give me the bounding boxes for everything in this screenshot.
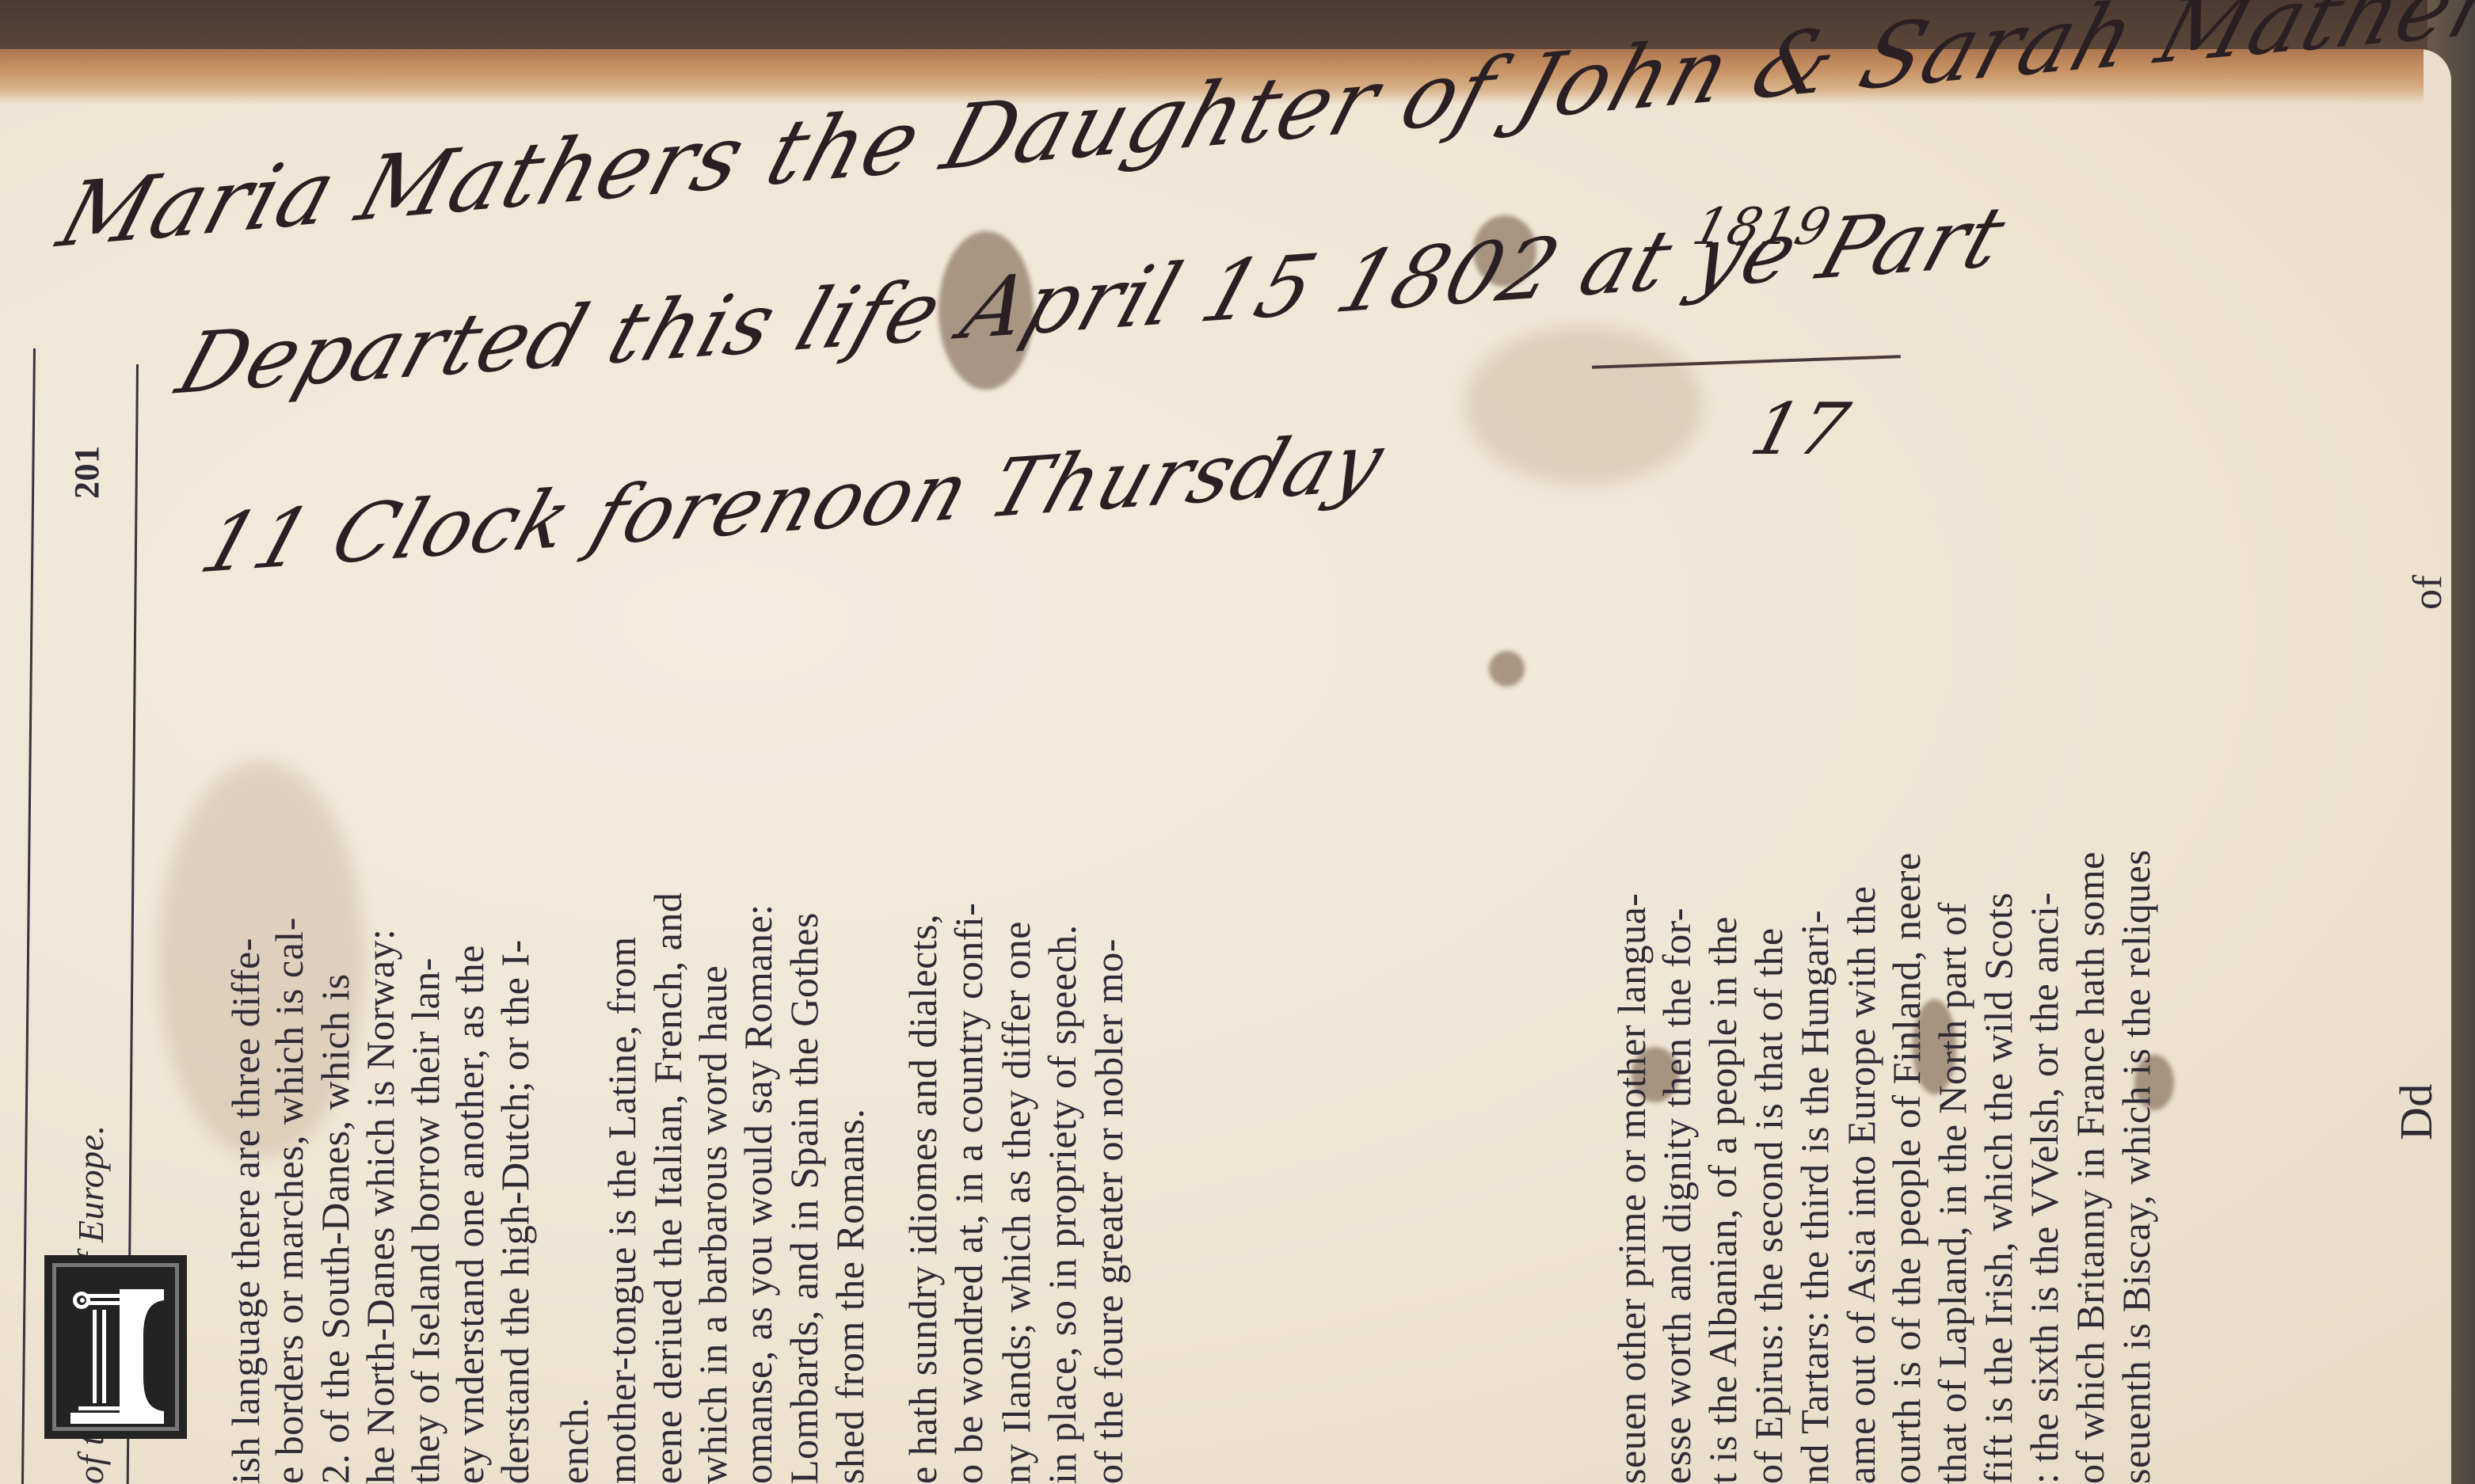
printed-line: esse worth and dignity then the for-	[1657, 908, 1696, 1484]
ink-stain	[1489, 651, 1525, 687]
printed-line: ny Ilands; which as they differ one	[996, 921, 1036, 1484]
logo-frame	[52, 1263, 179, 1431]
printed-line: ish language there are three diffe-	[226, 938, 265, 1484]
printed-line: that of Lapland, in the North part of	[1932, 902, 1972, 1484]
printed-line: of Epirus: the second is that of the	[1749, 927, 1788, 1484]
printed-line: he North-Danes which is Norway:	[360, 929, 400, 1484]
printed-line: ame out of Asia into Europe with the	[1841, 886, 1881, 1484]
printed-line: t is the Albanian, of a people in the	[1703, 916, 1742, 1484]
printed-line: of the foure greater or nobler mo-	[1089, 938, 1129, 1484]
printed-line: seuen other prime or mother langua-	[1612, 893, 1651, 1484]
printed-line: : the sixth is the VVelsh, or the anci-	[2024, 892, 2064, 1484]
signature-mark: Dd	[2393, 1083, 2439, 1140]
printed-line: ey vnderstand one another, as the	[450, 945, 489, 1484]
printed-line: e hath sundry idiomes and dialects,	[903, 914, 942, 1484]
printed-line: omanse, as you would say Romane:	[738, 904, 778, 1484]
printed-line: ourth is of the people of Finland, neere	[1887, 852, 1926, 1484]
page-number: 201	[70, 446, 105, 500]
institution-logo	[44, 1255, 187, 1439]
foxing-stain	[1465, 326, 1703, 485]
printed-line: ench.	[554, 1398, 594, 1484]
printed-line: shed from the Romans.	[830, 1109, 870, 1484]
printed-line: e borders or marches, which is cal-	[269, 917, 309, 1484]
printed-line: eene deriued the Italian, French, and	[648, 892, 687, 1484]
printed-line: mother-tongue is the Latine, from	[602, 936, 642, 1484]
printed-line: which in a barbarous word haue	[693, 965, 733, 1484]
printed-line: seuenth is Biscay, which is the reliques	[2116, 850, 2156, 1484]
ionic-column-letter-i-icon	[70, 1289, 166, 1424]
printed-line: o be wondred at, in a country confi-	[949, 903, 988, 1484]
printed-line: derstand the high-Dutch; or the I-	[495, 939, 535, 1484]
printed-line: nd Tartars: the third is the Hungari-	[1795, 910, 1834, 1484]
printed-line: 2. of the South-Danes, which is	[315, 973, 355, 1484]
printed-line: Lombards, and in Spain the Gothes	[784, 912, 824, 1484]
photo-scene: 201 of the people of Europe. ish languag…	[0, 0, 2475, 1484]
printed-line: in place, so in propriety of speech.	[1042, 924, 1082, 1484]
printed-line: they of Iseland borrow their lan-	[406, 957, 445, 1484]
handwritten-date-correction: 1819	[1687, 198, 1838, 257]
printed-line: of which Britanny in France hath some	[2070, 851, 2110, 1484]
catchword: of	[2408, 575, 2449, 610]
printed-line: fift is the Irish, which the wild Scots	[1978, 892, 2018, 1484]
